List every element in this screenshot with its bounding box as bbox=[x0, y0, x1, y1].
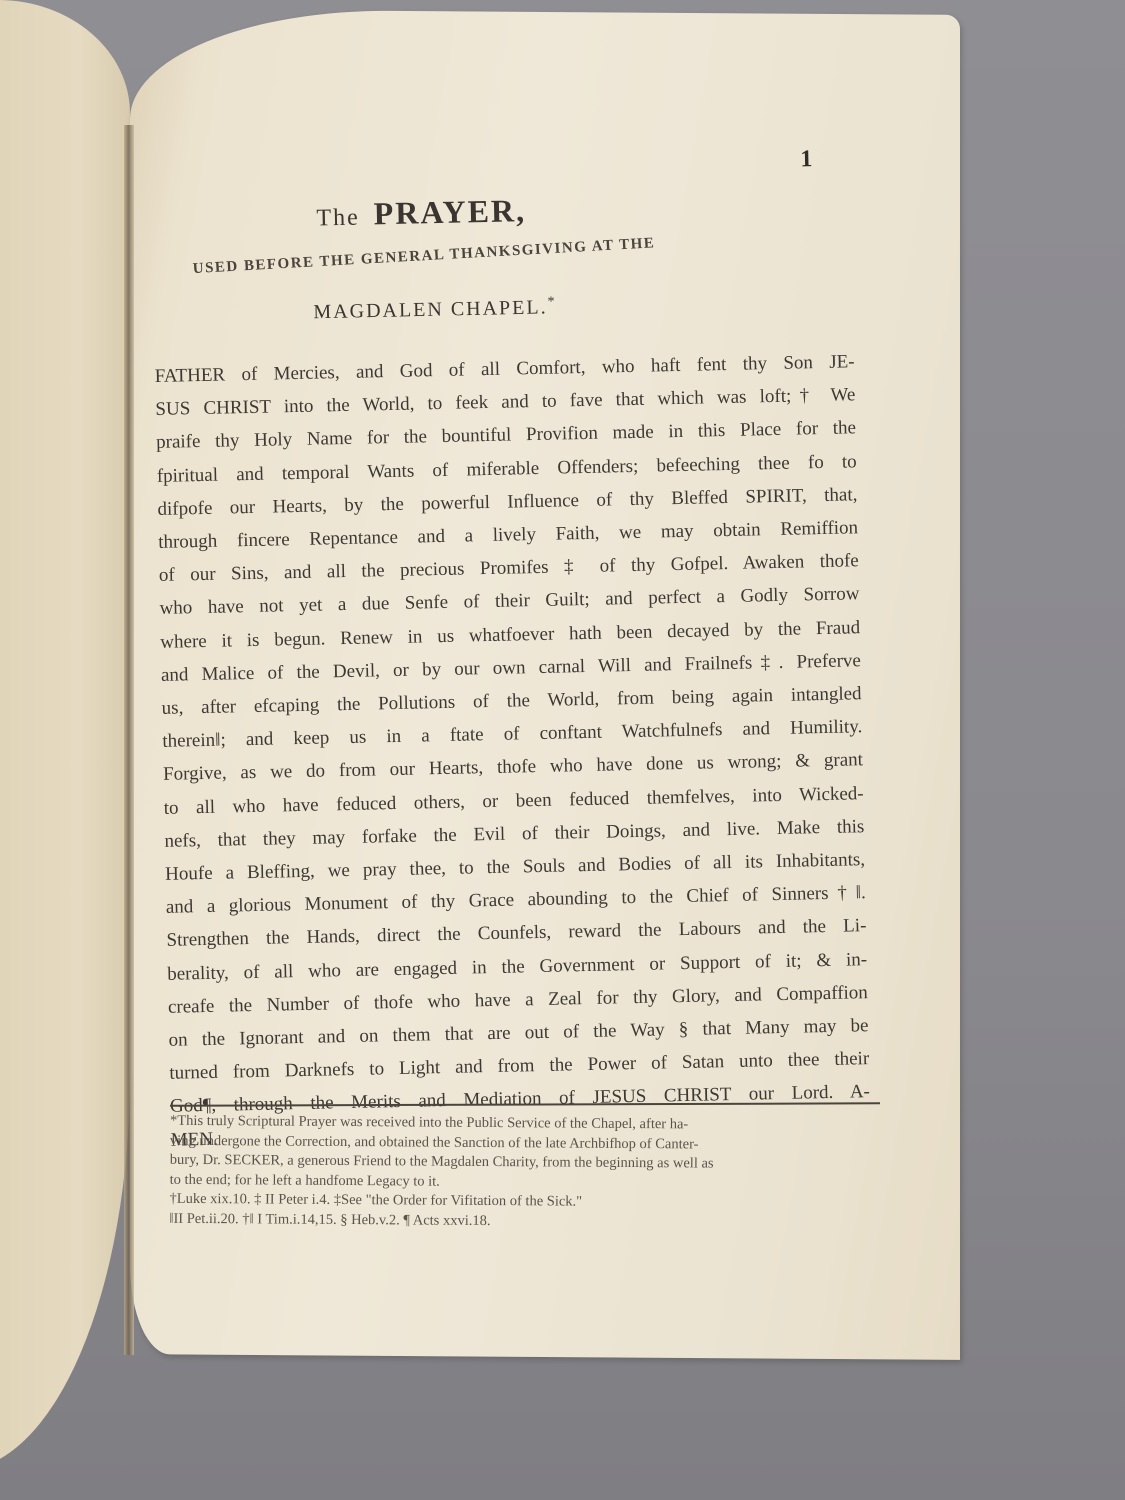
title-main: PRAYER, bbox=[373, 192, 526, 231]
chapel-heading: MAGDALEN CHAPEL.* bbox=[313, 295, 557, 325]
footnote-marker: * bbox=[547, 295, 556, 310]
page-number: 1 bbox=[800, 146, 813, 173]
title-prefix: The bbox=[316, 205, 360, 232]
prayer-body: FATHER of Mercies, and God of all Comfor… bbox=[154, 345, 871, 1156]
left-page bbox=[0, 0, 130, 1470]
footnotes: *This truly Scriptural Prayer was receiv… bbox=[169, 1112, 880, 1234]
chapel-name: MAGDALEN CHAPEL. bbox=[313, 296, 548, 323]
page-title: ThePRAYER, bbox=[316, 192, 526, 233]
book-gutter bbox=[124, 125, 134, 1355]
